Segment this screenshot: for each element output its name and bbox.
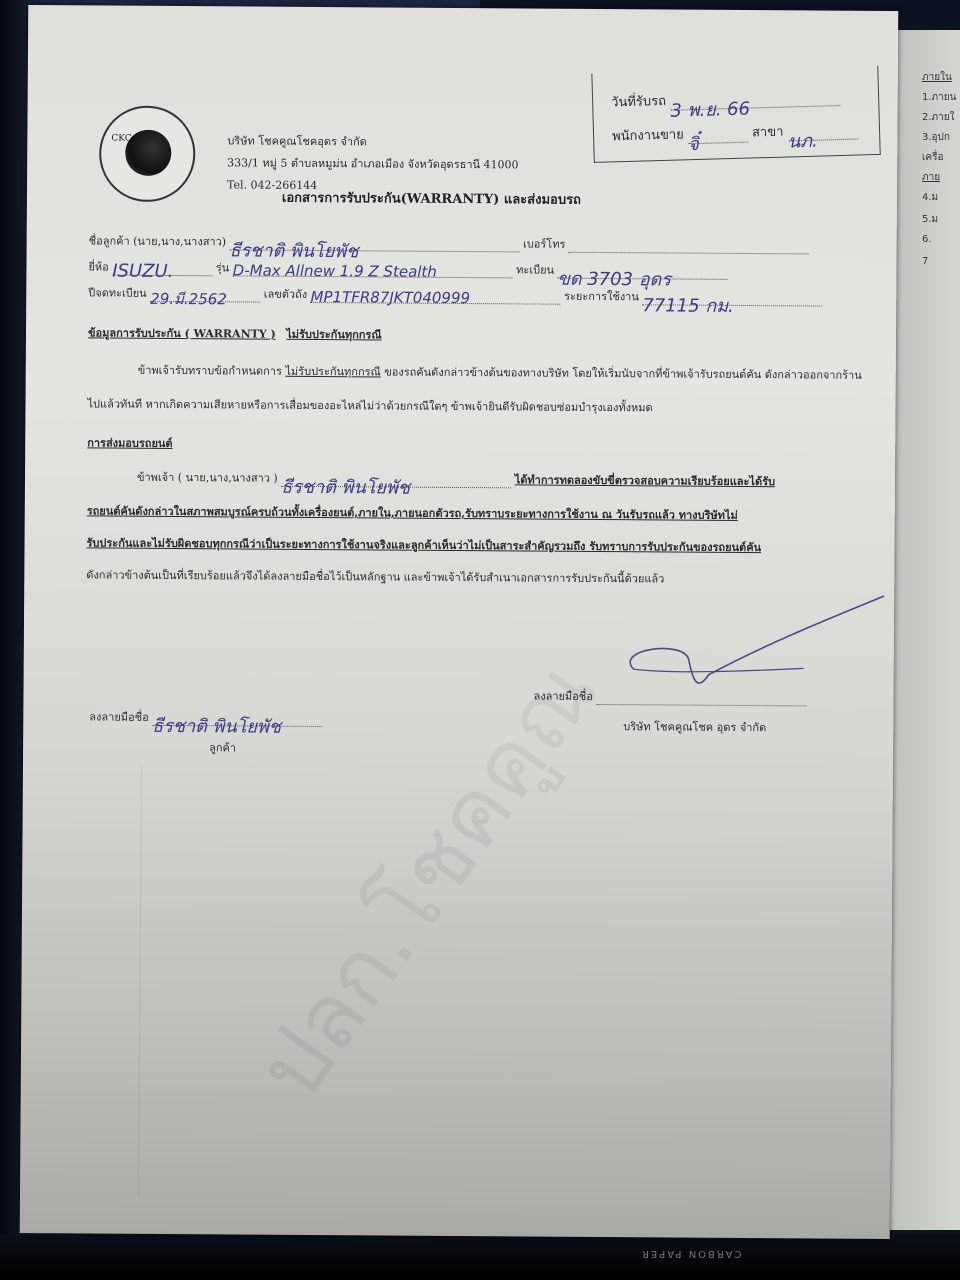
- receive-info-box: วันที่รับรถ 3 พ.ย. 66 พนักงานขาย จิ๋ สาข…: [591, 66, 880, 163]
- customer-sign-row: ลงลายมือชื่อ ธีรชาติ พินโยพัช: [89, 707, 322, 727]
- desk-background-bottom: [0, 1235, 960, 1280]
- branch-field[interactable]: นภ.: [787, 125, 857, 142]
- warranty-text-underlined: ไม่รับประกันทุกกรณี: [285, 365, 380, 379]
- receive-date-row: วันที่รับรถ 3 พ.ย. 66: [611, 85, 840, 112]
- plate-label: ทะเบียน: [516, 263, 554, 276]
- back-page-line: 2.ภายใ: [922, 110, 955, 125]
- back-page-line: 6.: [922, 234, 932, 245]
- company-signature-scribble: [613, 589, 894, 701]
- customer-sign-caption: ลูกค้า: [209, 738, 236, 756]
- salesperson-label: พนักงานขาย: [612, 127, 684, 144]
- warranty-heading-row: ข้อมูลการรับประกัน ( WARRANTY ) ไม่รับปร…: [88, 323, 382, 343]
- company-address: 333/1 หมู่ 5 ตำบลหมูม่น อำเภอเมือง จังหว…: [227, 152, 518, 176]
- phone-field[interactable]: [569, 238, 809, 255]
- delivery-line-1: ข้าพเจ้า ( นาย,นาง,นางสาว ) ธีรชาติ พินโ…: [137, 468, 775, 490]
- delivery-me-label: ข้าพเจ้า ( นาย,นาง,นางสาว ): [137, 471, 278, 485]
- salesperson-field[interactable]: จิ๋: [688, 128, 748, 145]
- plate-field[interactable]: ขด 3703 อุดร: [558, 264, 728, 280]
- brand-label: ยี่ห้อ: [88, 260, 108, 273]
- vin-label: เลขตัวถัง: [264, 288, 307, 301]
- back-page-line: ภาย: [922, 170, 940, 185]
- branch-label: สาขา: [752, 125, 784, 141]
- vehicle-row: ยี่ห้อ ISUZU. รุ่น D-Max Allnew 1.9 Z St…: [88, 257, 727, 279]
- warranty-heading: ข้อมูลการรับประกัน ( WARRANTY ): [88, 326, 276, 340]
- phone-label: เบอร์โทร: [523, 237, 565, 250]
- back-page-line: ภายใน: [922, 70, 952, 85]
- warranty-paragraph: ข้าพเจ้ารับทราบข้อกำหนดการ ไม่รับประกันท…: [87, 353, 867, 426]
- delivery-me-field[interactable]: ธีรชาติ พินโยพัช: [281, 472, 511, 489]
- delivery-line-3: รับประกันและไม่รับผิดชอบทุกกรณีว่าเป็นระ…: [86, 533, 761, 556]
- receive-date-field[interactable]: 3 พ.ย. 66: [670, 91, 840, 111]
- carbon-paper-label-bottom: CARBON PAPER: [640, 1248, 742, 1259]
- model-field[interactable]: D-Max Allnew 1.9 Z Stealth: [233, 261, 513, 278]
- document-title: เอกสารการรับประกัน(WARRANTY) และส่งมอบรถ: [282, 187, 581, 210]
- vin-field[interactable]: MP1TFR87JKT040999: [311, 288, 561, 305]
- company-sign-caption: บริษัท โชคคูณโชค อุดร จำกัด: [623, 717, 766, 736]
- customer-name-label: ชื่อลูกค้า (นาย,นาง,นางสาว): [89, 234, 227, 248]
- company-sign-field[interactable]: [596, 690, 806, 706]
- back-page-edge: ภายใน 1.ภายน 2.ภายใ 3.อุปก เครื่อ ภาย 4.…: [890, 30, 960, 1230]
- back-page-line: 4.ม: [922, 190, 938, 205]
- back-page-line: 3.อุปก: [922, 130, 950, 145]
- receive-date-label: วันที่รับรถ: [611, 94, 666, 111]
- reg-year-field[interactable]: 29.มี.2562: [150, 287, 260, 303]
- delivery-line-4: ดังกล่าวข้างต้นเป็นที่เรียบร้อยแล้วจึงได…: [86, 565, 664, 587]
- horse-emblem-icon: [125, 130, 171, 176]
- delivery-line-2: รถยนต์คันดังกล่าวในสภาพสมบูรณ์ครบถ้วนทั้…: [87, 501, 738, 524]
- customer-row: ชื่อลูกค้า (นาย,นาง,นางสาว) ธีรชาติ พินโ…: [89, 231, 809, 254]
- mileage-field[interactable]: 77115 กม.: [642, 290, 822, 306]
- brand-field[interactable]: ISUZU.: [112, 261, 212, 277]
- delivery-line-1-tail: ได้ทำการทดลองขับขี่ตรวจสอบความเรียบร้อยแ…: [515, 473, 775, 488]
- back-page-line: เครื่อ: [922, 150, 943, 165]
- warranty-note: ไม่รับประกันทุกกรณี: [286, 328, 381, 342]
- customer-sign-field[interactable]: ธีรชาติ พินโยพัช: [152, 711, 322, 727]
- carbon-impression-line: [138, 766, 142, 1196]
- warranty-text-1a: ข้าพเจ้ารับทราบข้อกำหนดการ: [138, 364, 282, 378]
- company-name: บริษัท โชคคูณโชคอุดร จำกัด: [227, 130, 518, 154]
- logo-text: CKC: [111, 134, 131, 144]
- reg-year-label: ปีจดทะเบียน: [88, 286, 147, 299]
- model-label: รุ่น: [216, 261, 230, 274]
- back-page-line: 1.ภายน: [922, 90, 956, 105]
- customer-sign-label: ลงลายมือชื่อ: [89, 710, 148, 723]
- back-page-line: 5.ม: [922, 212, 938, 227]
- company-logo: CKC: [99, 105, 196, 202]
- delivery-heading: การส่งมอบรถยนต์: [87, 436, 172, 450]
- customer-name-field[interactable]: ธีรชาติ พินโยพัช: [230, 235, 520, 252]
- carbon-impression-watermark: ปลก.โชคคูณ: [221, 631, 632, 1129]
- salesperson-row: พนักงานขาย จิ๋ สาขา นภ.: [612, 119, 858, 147]
- warranty-text-1b: ของรถคันดังกล่าวข้างต้นของทางบริษัท โดยใ…: [384, 365, 761, 381]
- warranty-document: CKC บริษัท โชคคูณโชคอุดร จำกัด 333/1 หมู…: [20, 5, 899, 1239]
- back-page-line: 7: [922, 256, 928, 267]
- delivery-heading-row: การส่งมอบรถยนต์: [87, 433, 172, 452]
- mileage-label: ระยะการใช้งาน: [564, 290, 639, 304]
- registration-row: ปีจดทะเบียน 29.มี.2562 เลขตัวถัง MP1TFR8…: [88, 283, 822, 306]
